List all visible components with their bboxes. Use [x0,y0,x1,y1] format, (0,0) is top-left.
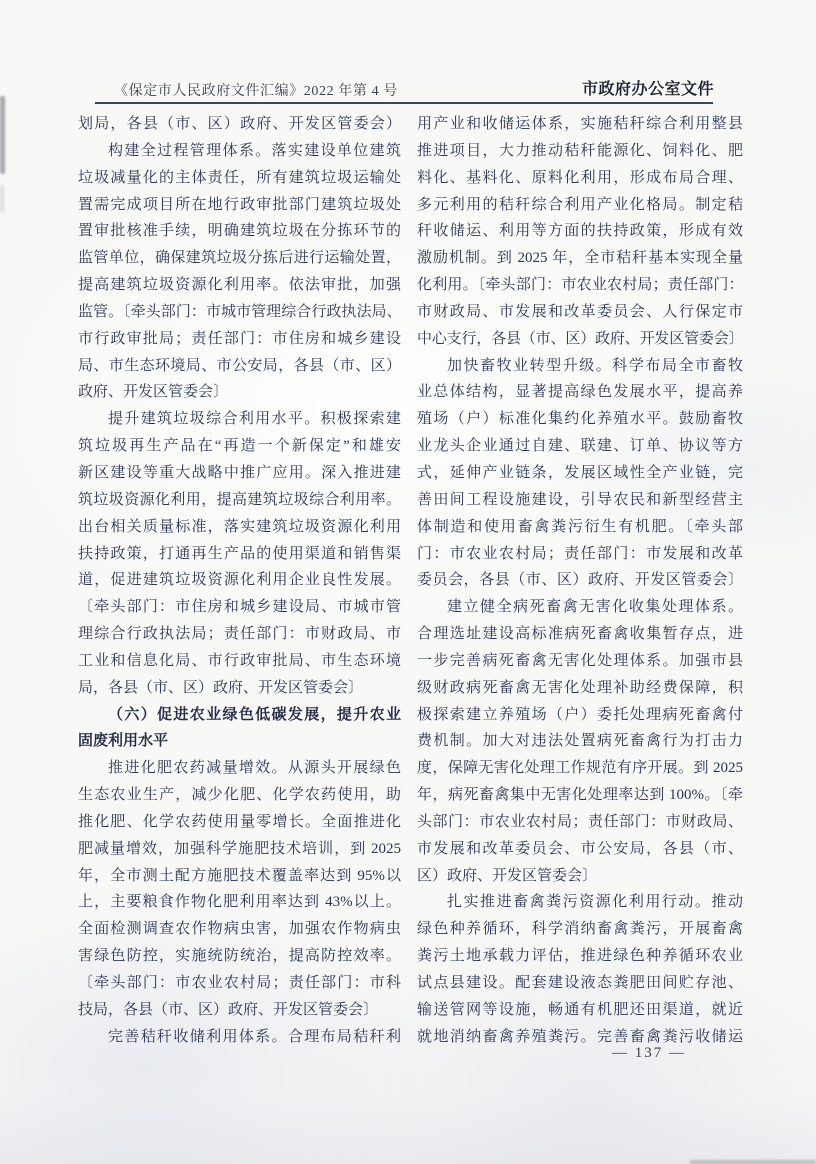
text-line: 极探索建立养殖场（户）委托处理病死畜禽付 [417,702,743,729]
text-line: 理综合行政执法局；责任部门：市财政局、市 [78,621,401,648]
text-line: 头部门：市农业农村局；责任部门：市财政局、 [417,809,743,836]
text-line: 构建全过程管理体系。落实建设单位建筑 [78,138,401,165]
text-line: 全面检测调查农作物病虫害，加强农作物病虫 [78,916,401,943]
text-line: 市行政审批局；责任部门：市住房和城乡建设 [78,326,401,353]
page-number: — 137 — [612,1045,686,1062]
text-line: 局、市生态环境局、市公安局，各县（市、区） [78,353,401,380]
text-line: 推化肥、化学农药使用量零增长。全面推进化 [78,809,401,836]
text-line: 提高建筑垃圾资源化利用率。依法审批，加强 [78,272,401,299]
text-line: 殖场（户）标准化集约化养殖水平。鼓励畜牧 [417,406,743,433]
text-line: 技局，各县（市、区）政府、开发区管委会〕 [78,997,401,1024]
text-line: 绿色种养循环，科学消纳畜禽粪污，开展畜禽 [417,916,743,943]
text-line: 年，病死畜禽集中无害化处理率达到 100%。〔牵 [417,782,743,809]
text-line: 局，各县（市、区）政府、开发区管委会〕 [78,675,401,702]
text-line: 多元利用的秸秆综合利用产业化格局。制定秸 [417,192,743,219]
text-line: 完善秸秆收储利用体系。合理布局秸秆利 [78,1024,401,1051]
text-line: 激励机制。到 2025 年，全市秸秆基本实现全量 [417,245,743,272]
text-line: 秆收储运、利用等方面的扶持政策，形成有效 [417,218,743,245]
text-line: 监管单位，确保建筑垃圾分拣后进行运输处置， [78,245,401,272]
text-line: 扎实推进畜禽粪污资源化利用行动。推动 [417,889,743,916]
text-line: 划局，各县（市、区）政府、开发区管委会） [78,111,401,138]
text-line: 粪污土地承载力评估，推进绿色种养循环农业 [417,943,743,970]
text-line: 中心支行，各县（市、区）政府、开发区管委会〕 [417,326,743,353]
text-line: 门：市农业农村局；责任部门：市发展和改革 [417,541,743,568]
text-line: 置审批核准手续，明确建筑垃圾在分拣环节的 [78,218,401,245]
text-line: 区）政府、开发区管委会〕 [417,863,743,890]
scan-shadow [0,1094,816,1164]
scan-smudge [690,1160,816,1164]
scan-smudge [0,186,4,212]
text-line: 道，促进建筑垃圾资源化利用企业良性发展。 [78,567,401,594]
text-line: 政府、开发区管委会〕 [78,379,401,406]
scanned-document-page: 《保定市人民政府文件汇编》2022 年第 4 号 市政府办公室文件 划局，各县（… [0,0,816,1164]
text-line: 上，主要粮食作物化肥利用率达到 43%以上。 [78,889,401,916]
text-line: 垃圾减量化的主体责任，所有建筑垃圾运输处 [78,165,401,192]
text-line: 置需完成项目所在地行政审批部门建筑垃圾处 [78,192,401,219]
text-line: 输送管网等设施，畅通有机肥还田渠道，就近 [417,997,743,1024]
text-line: 体制造和使用畜禽粪污衍生有机肥。〔牵头部 [417,514,743,541]
text-line: 建立健全病死畜禽无害化收集处理体系。 [417,594,743,621]
text-line: 业总体结构，显著提高绿色发展水平，提高养 [417,379,743,406]
text-line: 委员会，各县（市、区）政府、开发区管委会〕 [417,567,743,594]
document-category: 市政府办公室文件 [582,76,712,99]
text-line: 度，保障无害化处理工作规范有序开展。到 2025 [417,755,743,782]
compilation-title: 《保定市人民政府文件汇编》2022 年第 4 号 [114,80,398,100]
text-line: 费机制。加大对违法处置病死畜禽行为打击力 [417,728,743,755]
text-column-right: 用产业和收储运体系，实施秸秆综合利用整县推进项目，大力推动秸秆能源化、饲料化、肥… [417,111,743,1051]
text-line: 推进化肥农药减量增效。从源头开展绿色 [78,755,401,782]
text-line: 监管。〔牵头部门：市城市管理综合行政执法局、 [78,299,401,326]
text-line: 化利用。〔牵头部门：市农业农村局；责任部门： [417,272,743,299]
text-column-left: 划局，各县（市、区）政府、开发区管委会）构建全过程管理体系。落实建设单位建筑垃圾… [78,111,401,1051]
header-divider [95,102,713,104]
text-line: 固废利用水平 [78,728,401,755]
scan-smudge [0,96,5,174]
text-line: 生态农业生产，减少化肥、化学农药使用，助 [78,782,401,809]
text-line: （六）促进农业绿色低碳发展，提升农业 [78,702,401,729]
text-line: 筑垃圾再生产品在“再造一个新保定”和雄安 [78,433,401,460]
text-line: 推进项目，大力推动秸秆能源化、饲料化、肥 [417,138,743,165]
text-line: 工业和信息化局、市行政审批局、市生态环境 [78,648,401,675]
text-line: 市财政局、市发展和改革委员会、人行保定市 [417,299,743,326]
text-line: 〔牵头部门：市住房和城乡建设局、市城市管 [78,594,401,621]
text-line: 加快畜牧业转型升级。科学布局全市畜牧 [417,353,743,380]
text-line: 级财政病死畜禽无害化处理补助经费保障，积 [417,675,743,702]
text-line: 一步完善病死畜禽无害化处理体系。加强市县 [417,648,743,675]
text-line: 害绿色防控，实施统防统治，提高防控效率。 [78,943,401,970]
text-line: 善田间工程设施建设，引导农民和新型经营主 [417,487,743,514]
text-line: 用产业和收储运体系，实施秸秆综合利用整县 [417,111,743,138]
text-line: 业龙头企业通过自建、联建、订单、协议等方 [417,433,743,460]
text-line: 〔牵头部门：市农业农村局；责任部门：市科 [78,970,401,997]
text-line: 就地消纳畜禽养殖粪污。完善畜禽粪污收储运 [417,1024,743,1051]
text-line: 试点县建设。配套建设液态粪肥田间贮存池、 [417,970,743,997]
text-line: 肥减量增效，加强科学施肥技术培训，到 2025 [78,836,401,863]
text-line: 市发展和改革委员会、市公安局，各县（市、 [417,836,743,863]
text-line: 提升建筑垃圾综合利用水平。积极探索建 [78,406,401,433]
text-line: 新区建设等重大战略中推广应用。深入推进建 [78,460,401,487]
text-line: 扶持政策，打通再生产品的使用渠道和销售渠 [78,541,401,568]
text-line: 出台相关质量标准，落实建筑垃圾资源化利用 [78,514,401,541]
text-line: 年，全市测土配方施肥技术覆盖率达到 95%以 [78,863,401,890]
text-line: 式，延伸产业链条，发展区域性全产业链，完 [417,460,743,487]
text-line: 合理选址建设高标准病死畜禽收集暂存点，进 [417,621,743,648]
text-line: 筑垃圾资源化利用，提高建筑垃圾综合利用率。 [78,487,401,514]
text-line: 料化、基料化、原料化利用，形成布局合理、 [417,165,743,192]
